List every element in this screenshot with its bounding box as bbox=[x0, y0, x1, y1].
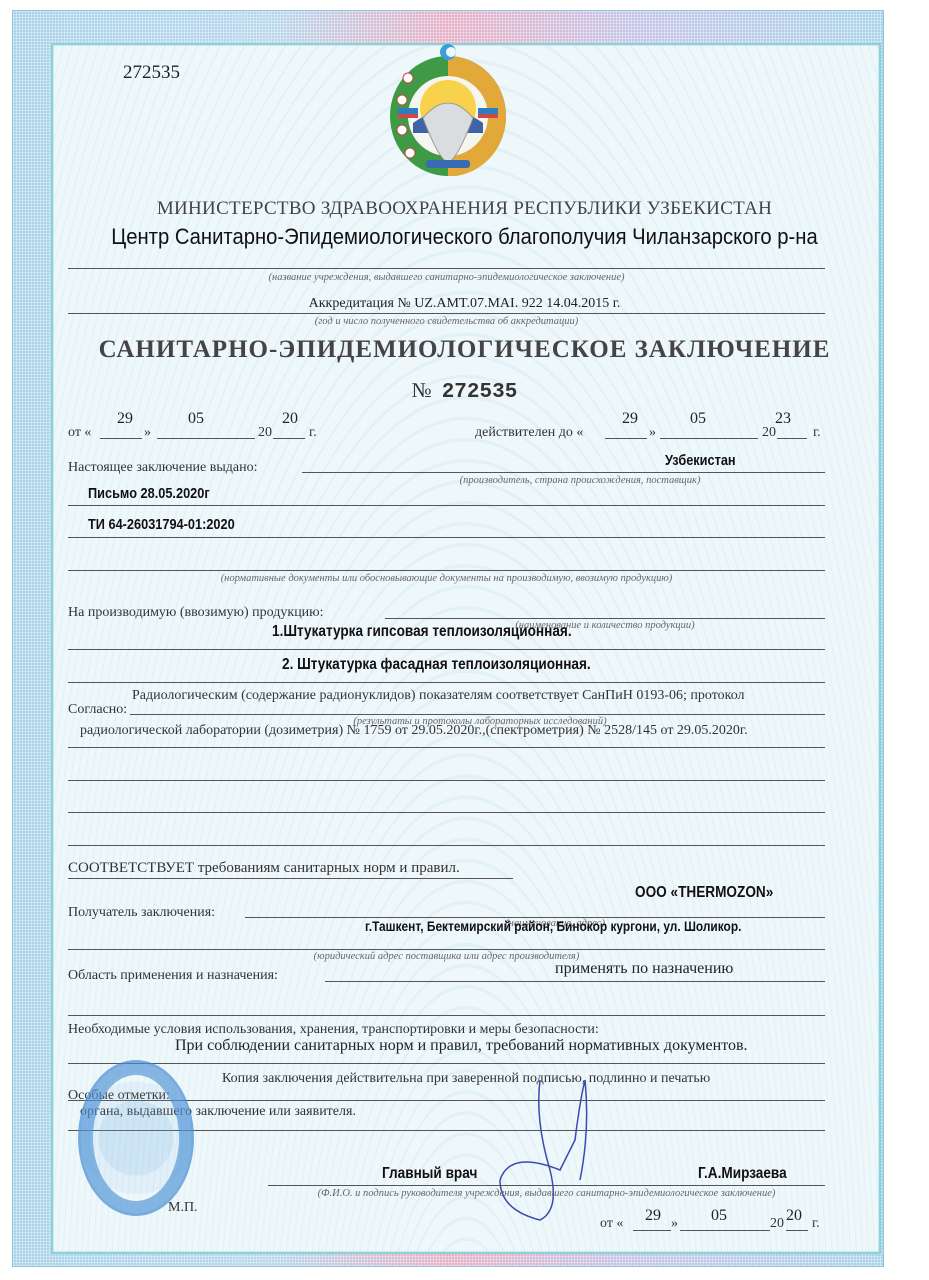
underline bbox=[68, 747, 825, 748]
underline bbox=[273, 438, 305, 439]
scope-value: применять по назначению bbox=[555, 960, 733, 978]
underline bbox=[68, 1063, 825, 1064]
recipient-label: Получатель заключения: bbox=[68, 905, 215, 921]
underline bbox=[68, 949, 825, 950]
underline bbox=[633, 1230, 671, 1231]
underline bbox=[777, 438, 807, 439]
underline bbox=[68, 878, 513, 879]
according-line-1: Радиологическим (содержание радионуклидо… bbox=[132, 688, 745, 704]
issued-year: 20 bbox=[282, 410, 298, 428]
valid-century: 20 bbox=[762, 425, 776, 441]
issued-suffix: г. bbox=[309, 425, 317, 441]
issued-to-label: Настоящее заключение выдано: bbox=[68, 460, 258, 476]
underline bbox=[660, 438, 758, 439]
according-line-2: радиологической лаборатории (дозиметрия)… bbox=[80, 723, 748, 739]
issued-mid: » bbox=[144, 425, 151, 441]
document-number: №272535 bbox=[0, 378, 929, 404]
underline bbox=[68, 812, 825, 813]
underline bbox=[786, 1230, 808, 1231]
valid-month: 05 bbox=[690, 410, 706, 428]
sign-date-mid: » bbox=[671, 1216, 678, 1232]
signer-title: Главный врач bbox=[382, 1165, 477, 1183]
signature-icon bbox=[480, 1060, 620, 1230]
underline bbox=[302, 472, 825, 473]
issued-to-hint: (производитель, страна происхождения, по… bbox=[380, 475, 780, 486]
underline bbox=[680, 1230, 770, 1231]
serial-number: 272535 bbox=[123, 62, 180, 84]
underline bbox=[68, 649, 825, 650]
valid-mid: » bbox=[649, 425, 656, 441]
underline bbox=[68, 1015, 825, 1016]
institution-hint: (название учреждения, выдавшего санитарн… bbox=[68, 272, 825, 283]
underline bbox=[68, 570, 825, 571]
issued-to-value: Узбекистан bbox=[665, 452, 736, 469]
issued-month: 05 bbox=[188, 410, 204, 428]
underline bbox=[325, 981, 825, 982]
stamp-place-label: М.П. bbox=[168, 1200, 198, 1216]
issued-century: 20 bbox=[258, 425, 272, 441]
underline bbox=[157, 438, 255, 439]
product-2: 2. Штукатурка фасадная теплоизоляционная… bbox=[282, 656, 591, 674]
doc-item-1: Письмо 28.05.2020г bbox=[88, 485, 210, 502]
underline bbox=[605, 438, 647, 439]
underline bbox=[385, 618, 825, 619]
official-stamp-icon bbox=[78, 1060, 194, 1216]
valid-suffix: г. bbox=[813, 425, 821, 441]
conditions-label: Необходимые условия использования, хране… bbox=[68, 1022, 599, 1038]
sign-date-year: 20 bbox=[786, 1207, 802, 1225]
underline bbox=[68, 505, 825, 506]
sign-date-day: 29 bbox=[645, 1207, 661, 1225]
valid-prefix: действителен до « bbox=[475, 425, 583, 441]
underline bbox=[68, 780, 825, 781]
valid-year: 23 bbox=[775, 410, 791, 428]
signer-name: Г.А.Мирзаева bbox=[698, 1165, 787, 1183]
number-label: № bbox=[412, 378, 432, 402]
sign-date-prefix: от « bbox=[600, 1216, 623, 1232]
accreditation-hint: (год и число полученного свидетельства о… bbox=[68, 316, 825, 327]
institution-name: Центр Санитарно-Эпидемиологического благ… bbox=[37, 224, 892, 250]
recipient-address: г.Ташкент, Бектемирский район, Бинокор к… bbox=[365, 918, 741, 934]
doc-item-2: ТИ 64-26031794-01:2020 bbox=[88, 516, 235, 533]
divider bbox=[68, 313, 825, 314]
product-1: 1.Штукатурка гипсовая теплоизоляционная. bbox=[272, 623, 572, 641]
number-value: 272535 bbox=[442, 381, 518, 404]
accreditation: Аккредитация № UZ.AMT.07.MAI. 922 14.04.… bbox=[0, 296, 929, 312]
conditions-value: При соблюдении санитарных норм и правил,… bbox=[175, 1037, 748, 1055]
underline bbox=[100, 438, 142, 439]
issued-day: 29 bbox=[117, 410, 133, 428]
underline bbox=[68, 845, 825, 846]
underline bbox=[268, 1185, 825, 1186]
ministry-name: МИНИСТЕРСТВО ЗДРАВООХРАНЕНИЯ РЕСПУБЛИКИ … bbox=[0, 198, 929, 220]
recipient-name: ООО «THERMOZON» bbox=[635, 884, 773, 902]
divider bbox=[68, 268, 825, 269]
sign-date-suffix: г. bbox=[812, 1216, 820, 1232]
notes-line-1: Копия заключения действительна при завер… bbox=[222, 1071, 710, 1087]
document-title: САНИТАРНО-ЭПИДЕМИОЛОГИЧЕСКОЕ ЗАКЛЮЧЕНИЕ bbox=[0, 336, 929, 364]
scope-label: Область применения и назначения: bbox=[68, 968, 278, 984]
issued-prefix: от « bbox=[68, 425, 91, 441]
coat-of-arms-icon bbox=[378, 38, 518, 178]
docs-hint: (нормативные документы или обосновывающи… bbox=[68, 573, 825, 584]
underline bbox=[68, 537, 825, 538]
product-label: На производимую (ввозимую) продукцию: bbox=[68, 605, 324, 621]
signer-hint: (Ф.И.О. и подпись руководителя учреждени… bbox=[268, 1188, 825, 1199]
underline bbox=[130, 714, 825, 715]
conforms-statement: СООТВЕТСТВУЕТ требованиям санитарных нор… bbox=[68, 860, 460, 877]
underline bbox=[68, 682, 825, 683]
sign-date-month: 05 bbox=[711, 1207, 727, 1225]
sign-date-century: 20 bbox=[770, 1216, 784, 1232]
valid-day: 29 bbox=[622, 410, 638, 428]
according-label: Согласно: bbox=[68, 702, 127, 718]
